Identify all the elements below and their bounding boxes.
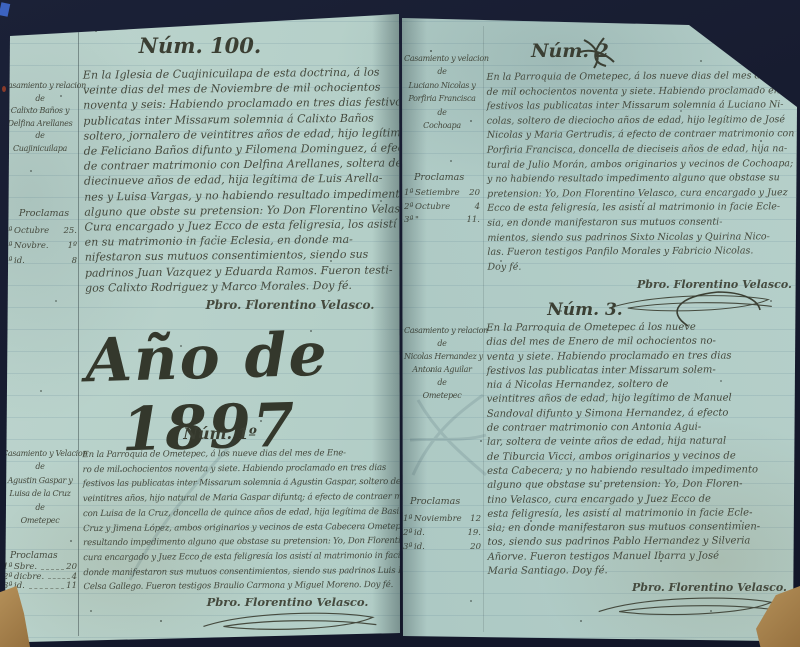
signature-flourish [198,608,380,634]
body-line: Porfiria Francisca, doncella de diecisei… [487,142,797,158]
proclama-month: id. [14,254,25,269]
body-line: sia, en donde manifestaron sus mutuos co… [487,215,797,231]
body-line: dias del mes de Enero de mil ochocientos… [486,334,798,350]
margin-note-line: Ometepec [2,514,78,527]
body-line: Sandoval difunto y Simona Hernandez, á e… [487,406,799,422]
entry-number: Núm. 3. [518,300,652,320]
proclama-month: Octubre [14,224,49,239]
body-line: veintitres años de edad, hijo legítimo d… [487,392,799,408]
proclama-day: 25. [63,224,77,239]
proclama-day: 11 [66,582,77,592]
margin-note-line: Luisa de la Cruz [2,487,78,500]
entry-number: Núm. 2 [500,40,640,62]
proclama-day: 4 [475,201,480,215]
ink-specks [430,50,432,52]
proclama-ordinal: 1ª [3,224,14,239]
body-line: sia; en donde manifestaron sus mutuos co… [487,520,799,536]
proclama-day: 12 [470,512,481,526]
body-line: de contraer matrimonio con Antonia Agui- [487,420,799,436]
faint-page-mark: 6 [750,16,756,27]
register-photo: Núm. 100. Casamiento y relaciondeCalixto… [0,0,800,647]
body-line: mientos, siendo sus padrinos Sixto Nicol… [487,230,797,246]
edge-mark [0,2,10,17]
proclama-day: 20 [469,187,480,201]
proclamas-row: 2ª Novbre. 1º [3,239,77,254]
proclama-day: 19. [467,526,481,540]
margin-note-line: Casamiento y relacion [2,80,78,93]
priest-signature: Pbro. Florentino Velasco. [200,595,375,609]
body-line: festivos las publicatas inter Missarum s… [487,98,797,114]
body-line: Maria Santiago. Doy fé. [488,563,800,579]
entry-body: En la Parroquia de Ometepec á los nueved… [486,320,799,579]
edge-mark [2,86,6,92]
body-line: tino Velasco, cura encargado y Juez Ecco… [487,492,799,508]
body-line: esta Cabecera; y no habiendo resultado i… [487,463,799,479]
margin-note-line: Casamiento y Velacion [2,447,78,460]
proclama-month: Novbre. [14,239,49,254]
margin-note-line: Delfina Arellanes [2,118,78,131]
proclamas-row: 3ª id. 8 [3,254,77,269]
proclama-day: 11. [466,214,480,228]
body-line: En la Parroquia de Ometepec, á los nueve… [486,69,796,85]
body-line: alguno que obstase su pretension: Yo, Do… [487,477,799,493]
proclamas-title: Proclamas [14,208,74,219]
margin-note-line: de [2,130,78,143]
margin-note-line: Calixto Baños y [2,105,78,118]
body-line: venta y siete. Habiendo proclamado en tr… [486,349,798,365]
entry-margin-note: Casamiento y VelaciondeAgustin Gaspar yL… [2,447,78,527]
body-line: En la Parroquia de Ometepec á los nueve [486,320,798,336]
entry-number: Núm. 100. [100,33,300,58]
body-line: y no habiendo resultado impedimento algu… [487,171,797,187]
proclama-day: 20 [470,540,481,554]
body-line: tural de Julio Morán, ambos originarios … [487,157,797,173]
number-flourish [576,36,618,72]
margin-note-line: Cuajinicuilapa [2,143,78,156]
margin-note-line: de [2,501,78,514]
proclama-day: 8 [72,254,77,269]
ink-specks [95,30,97,32]
margin-note-line: de [2,93,78,106]
body-line: Nicolas y Maria Gertrudis, á efecto de c… [487,128,797,144]
entry-body: En la Parroquia de Ometepec, á los nueve… [486,69,797,275]
proclamas-row: 1ª Octubre 25. [3,224,77,239]
body-line: nia á Nicolas Hernandez, soltero de [487,377,799,393]
body-line: de Tiburcia Vicci, ambos originarios y v… [487,449,799,465]
entry-body: En la Iglesia de Cuajinicuilapa de esta … [83,64,399,295]
body-line: colas, soltero de dieciocho años de edad… [487,113,797,129]
body-line: Ecco de esta feligresía, les asistí al m… [487,201,797,217]
ink-bleed [120,430,240,590]
body-line: de mil ochocientos noventa y siete. Habi… [487,84,797,100]
priest-signature: Pbro. Florentino Velasco. [185,298,395,312]
body-line: esta feligresía, les asistí al matrimoni… [487,506,799,522]
body-line: festivos las publicatas inter Missarum s… [487,363,799,379]
gutter-shadow [372,0,400,647]
margin-note-line: Agustin Gaspar y [2,474,78,487]
proclamas-list: 1ª Octubre 25. 2ª Novbre. 1º 3ª id. 8 [3,224,77,269]
entry-margin-note: Casamiento y relaciondeCalixto Baños yDe… [2,80,78,156]
proclama-ordinal: 3ª [3,254,14,269]
body-line: Doy fé. [487,259,797,275]
body-line: pretension: Yo, Don Florentino Velasco, … [487,186,797,202]
gutter-shadow [401,0,427,647]
signature-flourish [586,593,786,619]
body-line: lar, soltera de veinte años de edad, hij… [487,435,799,451]
proclama-ordinal: 2ª [3,239,14,254]
proclama-day: 1º [68,239,77,254]
proclamas-title: Proclamas [10,551,72,561]
margin-note-line: de [2,460,78,473]
body-line: las. Fueron testigos Panfilo Morales y F… [487,244,797,260]
